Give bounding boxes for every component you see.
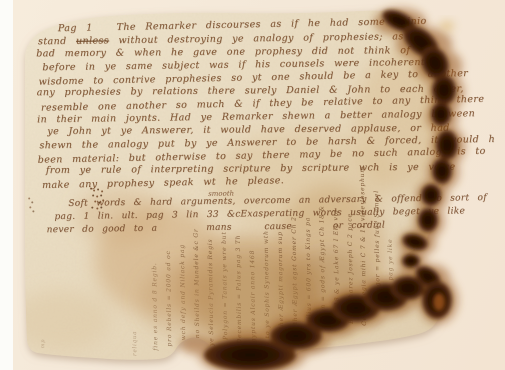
citation-note: pag. 1 lin. ult. pag 3 lin 33 &c xyxy=(54,209,240,222)
handwriting-layer: Pag 1The Remarker discourses as if he ha… xyxy=(0,0,505,370)
struck-word: unless xyxy=(76,35,109,46)
vertical-note: pag ye like xyxy=(387,239,395,281)
vertical-note: ye other Ægypti magorum sup xyxy=(277,231,286,345)
vertical-note: Segor = pelles fune Samuel xyxy=(373,190,381,296)
vertical-note: no Sheilds in Mundele &c Gr xyxy=(193,228,202,338)
vertical-note: Polygon = Tanais ye wre but xyxy=(221,231,230,339)
vertical-note: & to ye Sophis Synedorum wth xyxy=(263,230,272,347)
main-text-line: make any prophesy speak wt he please. xyxy=(42,175,284,191)
vertical-note: fine es anno d 8 Regib. xyxy=(151,262,159,350)
vertical-note: Basilius = 600 yrs to Kings pa xyxy=(304,217,313,333)
manuscript-photo: Pag 1The Remarker discourses as if he ha… xyxy=(0,0,505,370)
vertical-note: Decembilis = Palus pag 3 Th xyxy=(235,235,244,344)
line-text: without destroying ye analogy of prophes… xyxy=(118,31,420,46)
vertical-note: pro Rebells = 2000 ad oc xyxy=(165,250,173,346)
line-text: The Remarker discourses as if he had som… xyxy=(117,16,427,33)
vertical-note: wch defy and Niliack pag xyxy=(179,244,187,340)
vertical-note: Another Ægypt agst Gomer Ch 2 xyxy=(290,216,299,339)
vertical-note: Ægyptus Alcair anno 1468 xyxy=(249,250,257,350)
ink-speckles xyxy=(90,188,92,190)
vertical-note: ye Seleucia Pyramidis Regis xyxy=(207,239,215,346)
line-text: stand xyxy=(38,36,67,47)
vertical-note: Cedra Regia mihi C 7 & 11 vide Josephum xyxy=(359,166,368,326)
vertical-note: mp xyxy=(40,339,46,349)
page-number-label: Pag 1 xyxy=(58,22,93,34)
main-text-line: from ye rule of interpreting scripture b… xyxy=(46,162,456,177)
vertical-note: reliqua xyxy=(132,331,138,356)
ink-speckles xyxy=(28,197,30,199)
